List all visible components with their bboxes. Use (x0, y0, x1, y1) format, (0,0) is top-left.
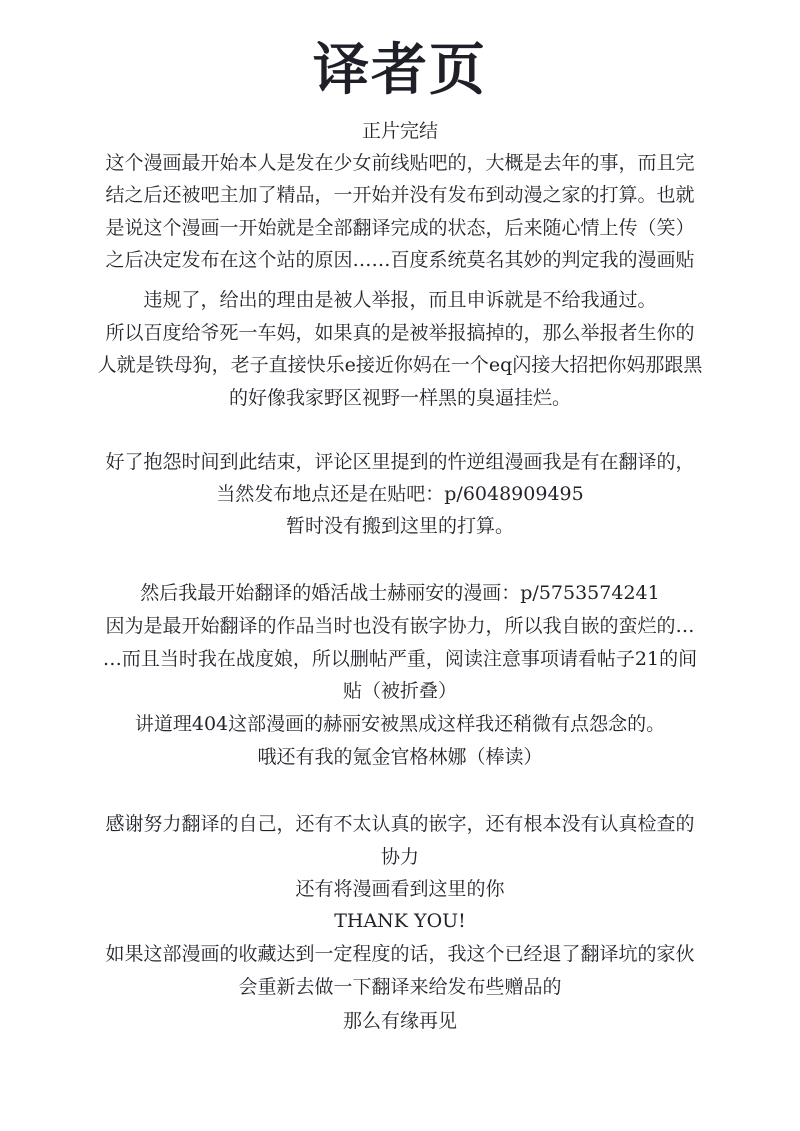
closing-line: 那么有缘再见 (0, 1008, 800, 1034)
paragraph-3-line: 然后我最开始翻译的婚活战士赫丽安的漫画：p/5753574241 (0, 580, 800, 606)
paragraph-1-line: 结之后还被吧主加了精品，一开始并没有发布到动漫之家的打算。也就 (0, 182, 800, 208)
paragraph-1-line: 之后决定发布在这个站的原因……百度系统莫名其妙的判定我的漫画贴 (0, 247, 800, 273)
paragraph-1-line: 的好像我家野区视野一样黑的臭逼挂烂。 (0, 385, 800, 411)
paragraph-3-line: 因为是最开始翻译的作品当时也没有嵌字协力，所以我自嵌的蛮烂的… (0, 613, 800, 639)
page-title: 译者页 (0, 36, 800, 104)
paragraph-4-line: 协力 (0, 844, 800, 870)
paragraph-1-line: 是说这个漫画一开始就是全部翻译完成的状态，后来随心情上传（笑） (0, 215, 800, 241)
paragraph-2-line: 好了抱怨时间到此结束，评论区里提到的忤逆组漫画我是有在翻译的， (0, 449, 800, 475)
paragraph-4-line: 会重新去做一下翻译来给发布些赠品的 (0, 974, 800, 1000)
paragraph-3-line: 贴（被折叠） (0, 678, 800, 704)
paragraph-1-line: 人就是铁母狗，老子直接快乐e接近你妈在一个eq闪接大招把你妈那跟黑 (0, 352, 800, 378)
paragraph-1-line: 这个漫画最开始本人是发在少女前线贴吧的，大概是去年的事，而且完 (0, 150, 800, 176)
paragraph-3-line: …而且当时我在战度娘，所以删帖严重，阅读注意事项请看帖子21的间 (0, 646, 800, 672)
thank-you-line: THANK YOU! (0, 908, 800, 934)
subtitle: 正片完结 (0, 118, 800, 144)
paragraph-3-line: 讲道理404这部漫画的赫丽安被黑成这样我还稍微有点怨念的。 (0, 711, 800, 737)
paragraph-4-line: 感谢努力翻译的自己，还有不太认真的嵌字，还有根本没有认真检查的 (0, 811, 800, 837)
paragraph-4-line: 还有将漫画看到这里的你 (0, 876, 800, 902)
translator-page: 译者页 正片完结 这个漫画最开始本人是发在少女前线贴吧的，大概是去年的事，而且完… (0, 0, 800, 1131)
paragraph-4-line: 如果这部漫画的收藏达到一定程度的话，我这个已经退了翻译坑的家伙 (0, 941, 800, 967)
paragraph-2-line: 当然发布地点还是在贴吧：p/6048909495 (0, 481, 800, 507)
paragraph-1-line: 所以百度给爷死一车妈，如果真的是被举报搞掉的，那么举报者生你的 (0, 320, 800, 346)
paragraph-1-line: 违规了，给出的理由是被人举报，而且申诉就是不给我通过。 (0, 287, 800, 313)
paragraph-2-line: 暂时没有搬到这里的打算。 (0, 513, 800, 539)
paragraph-3-line: 哦还有我的氪金官格林娜（棒读） (0, 744, 800, 770)
